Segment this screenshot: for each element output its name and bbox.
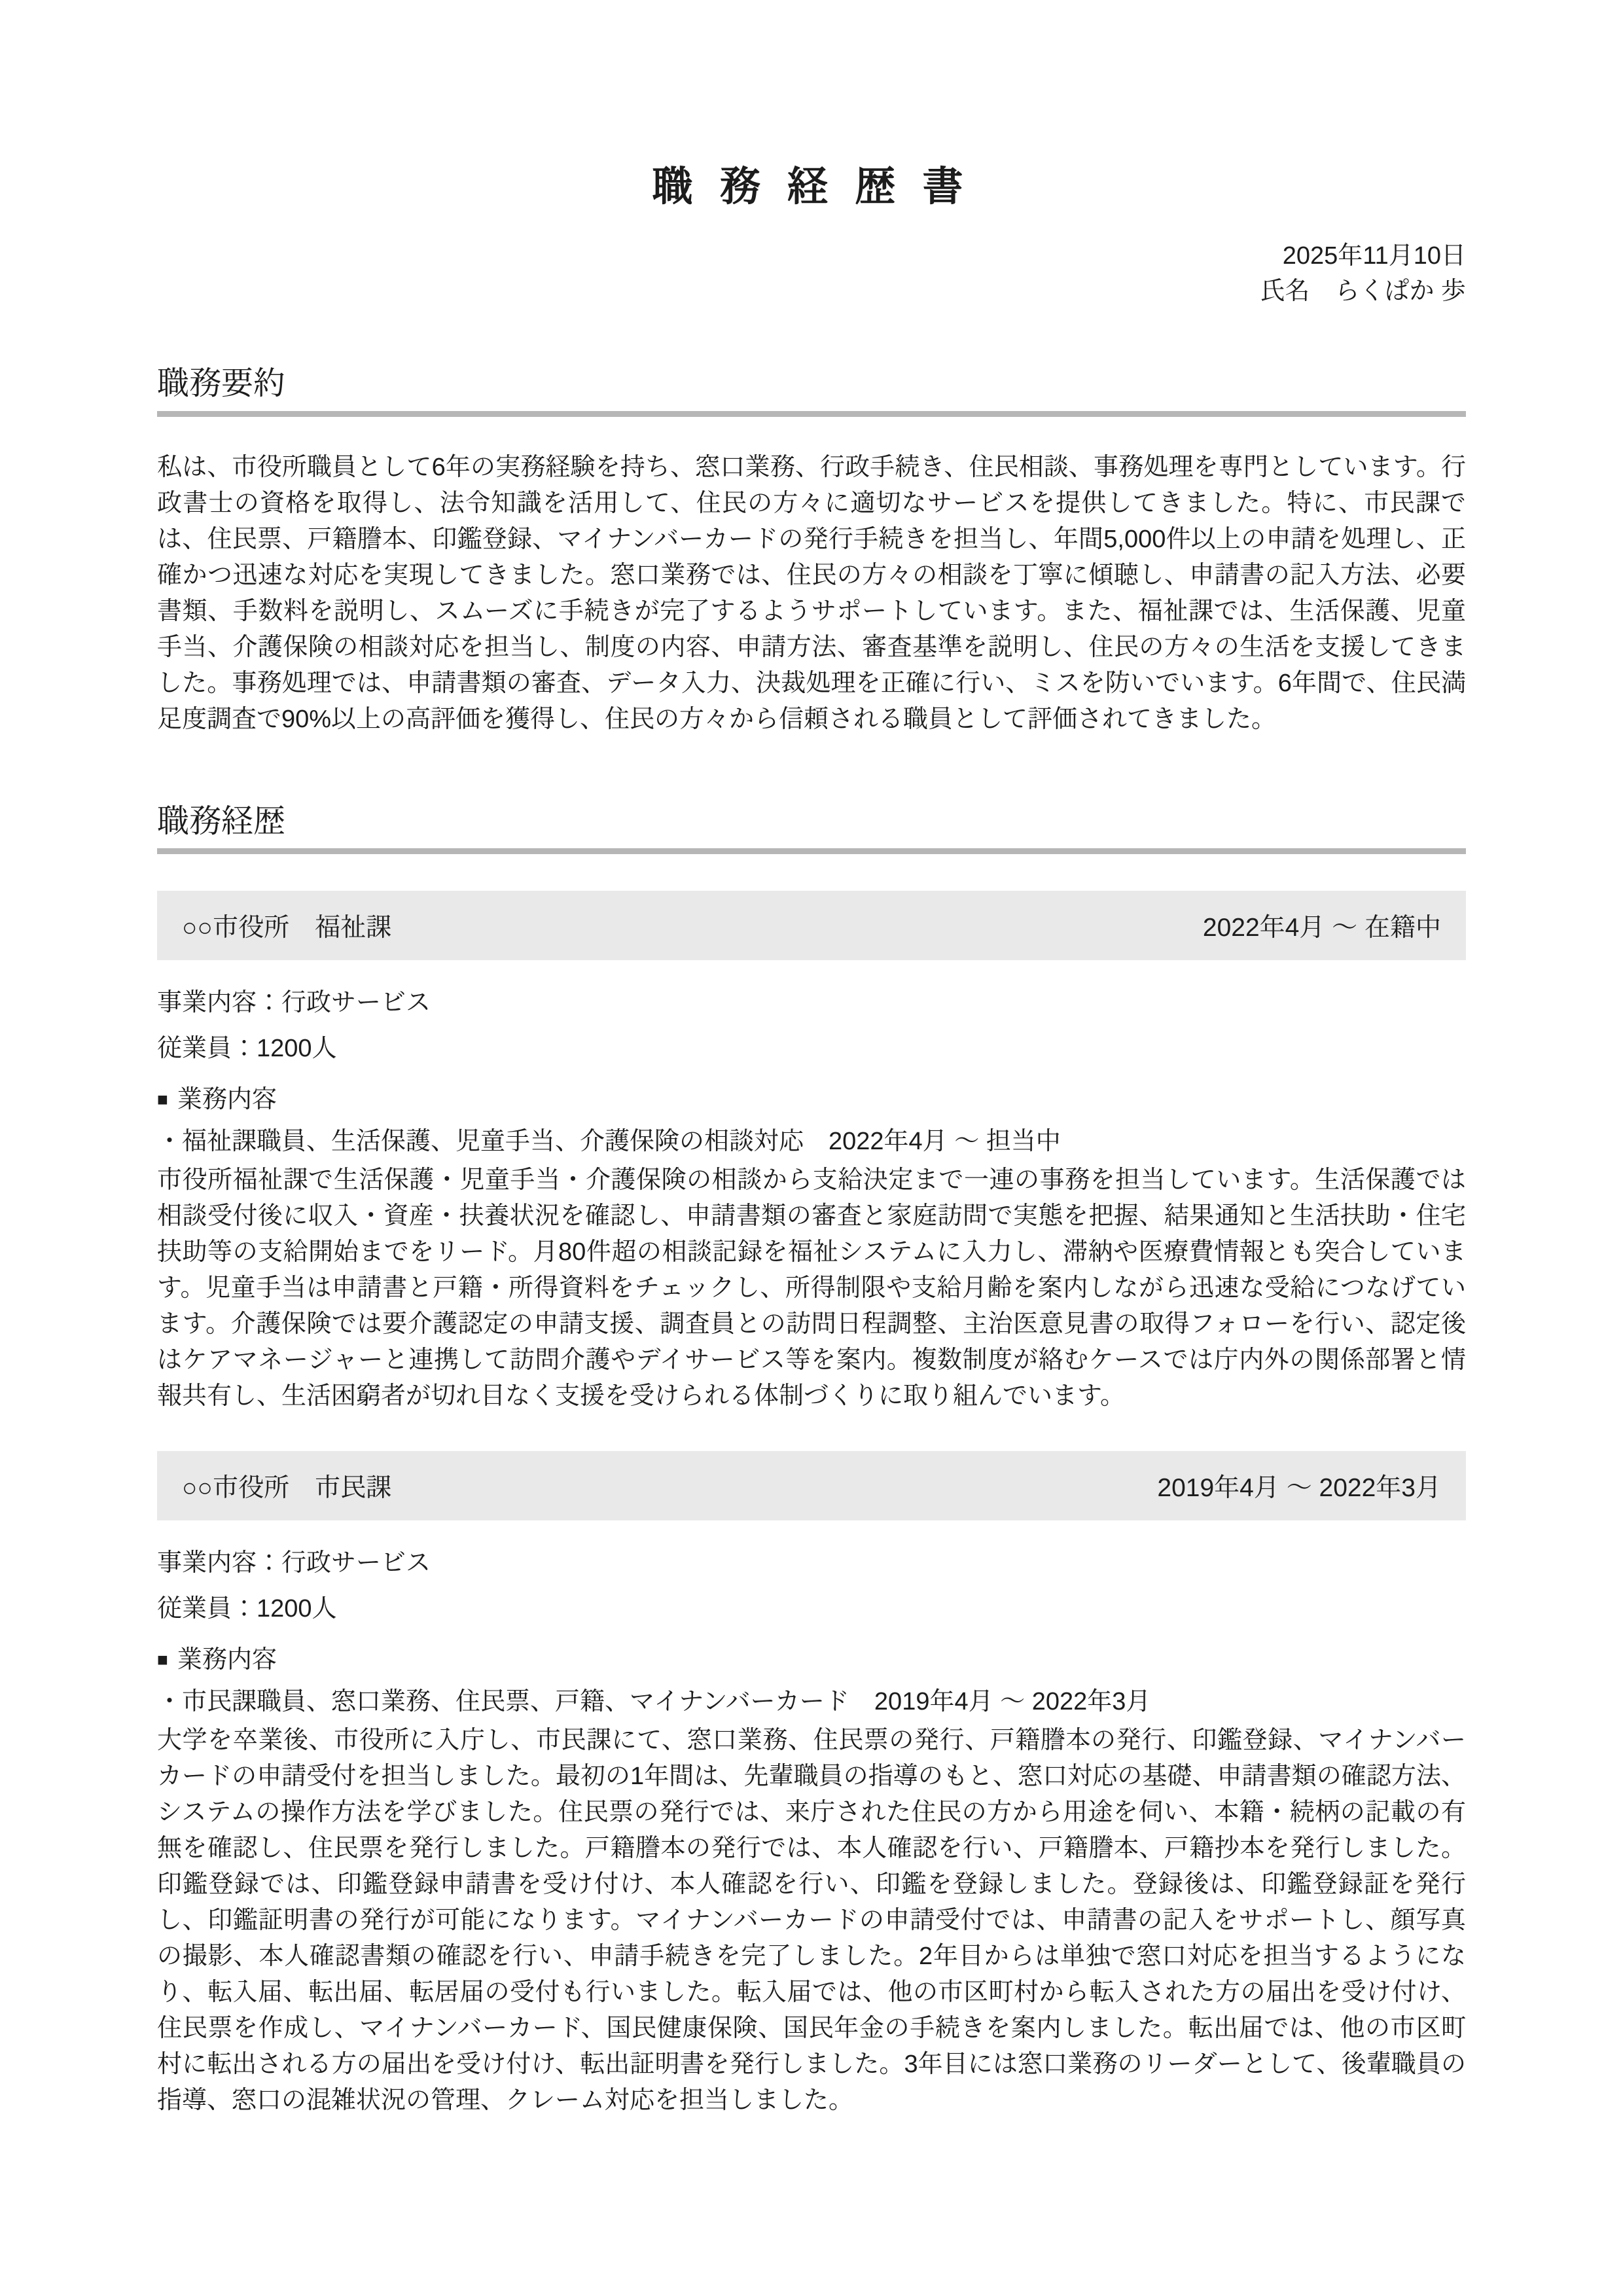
resume-page: 職 務 経 歴 書 2025年11月10日 氏名 らくぱか 歩 職務要約 私は、… <box>0 0 1623 2296</box>
career-section: 職務経歴 ○○市役所 福祉課 2022年4月 ～ 在籍中 事業内容：行政サービス… <box>157 803 1466 2119</box>
job-header-bar: ○○市役所 福祉課 2022年4月 ～ 在籍中 <box>157 891 1466 960</box>
job-org: ○○市役所 福祉課 <box>182 907 391 944</box>
document-date: 2025年11月10日 <box>157 238 1466 274</box>
job-org: ○○市役所 市民課 <box>182 1467 391 1504</box>
career-heading: 職務経歴 <box>157 803 1466 840</box>
square-bullet-icon: ■ <box>157 1090 168 1109</box>
heading-rule <box>157 848 1466 854</box>
job-employees: 従業員：1200人 <box>157 1033 1466 1064</box>
square-bullet-icon: ■ <box>157 1651 168 1669</box>
job-description: 市役所福祉課で生活保護・児童手当・介護保険の相談から支給決定まで一連の事務を担当… <box>157 1162 1466 1414</box>
applicant-name: 氏名 らくぱか 歩 <box>157 274 1466 309</box>
summary-section: 職務要約 私は、市役所職員として6年の実務経験を持ち、窓口業務、行政手続き、住民… <box>157 365 1466 737</box>
job-duties-heading: ■ 業務内容 <box>157 1085 1466 1115</box>
job-duties-label: 業務内容 <box>177 1085 277 1115</box>
job-entry-shimin: ○○市役所 市民課 2019年4月 ～ 2022年3月 事業内容：行政サービス … <box>157 1451 1466 2119</box>
job-period: 2019年4月 ～ 2022年3月 <box>1157 1467 1441 1504</box>
job-role-line: ・市民課職員、窓口業務、住民票、戸籍、マイナンバーカード 2019年4月 ～ 2… <box>157 1684 1466 1720</box>
job-employees: 従業員：1200人 <box>157 1594 1466 1624</box>
job-duties-heading: ■ 業務内容 <box>157 1645 1466 1675</box>
job-role-line: ・福祉課職員、生活保護、児童手当、介護保険の相談対応 2022年4月 ～ 担当中 <box>157 1124 1466 1160</box>
job-description: 大学を卒業後、市役所に入庁し、市民課にて、窓口業務、住民票の発行、戸籍謄本の発行… <box>157 1723 1466 2119</box>
job-business: 事業内容：行政サービス <box>157 1548 1466 1578</box>
job-duties-label: 業務内容 <box>177 1645 277 1675</box>
job-period: 2022年4月 ～ 在籍中 <box>1203 907 1441 944</box>
summary-body: 私は、市役所職員として6年の実務経験を持ち、窓口業務、行政手続き、住民相談、事務… <box>157 450 1466 738</box>
summary-heading: 職務要約 <box>157 365 1466 402</box>
document-meta: 2025年11月10日 氏名 らくぱか 歩 <box>157 238 1466 309</box>
job-business: 事業内容：行政サービス <box>157 988 1466 1018</box>
heading-rule <box>157 411 1466 417</box>
job-entry-fukushi: ○○市役所 福祉課 2022年4月 ～ 在籍中 事業内容：行政サービス 従業員：… <box>157 891 1466 1414</box>
document-title: 職 務 経 歴 書 <box>157 165 1466 209</box>
job-header-bar: ○○市役所 市民課 2019年4月 ～ 2022年3月 <box>157 1451 1466 1520</box>
